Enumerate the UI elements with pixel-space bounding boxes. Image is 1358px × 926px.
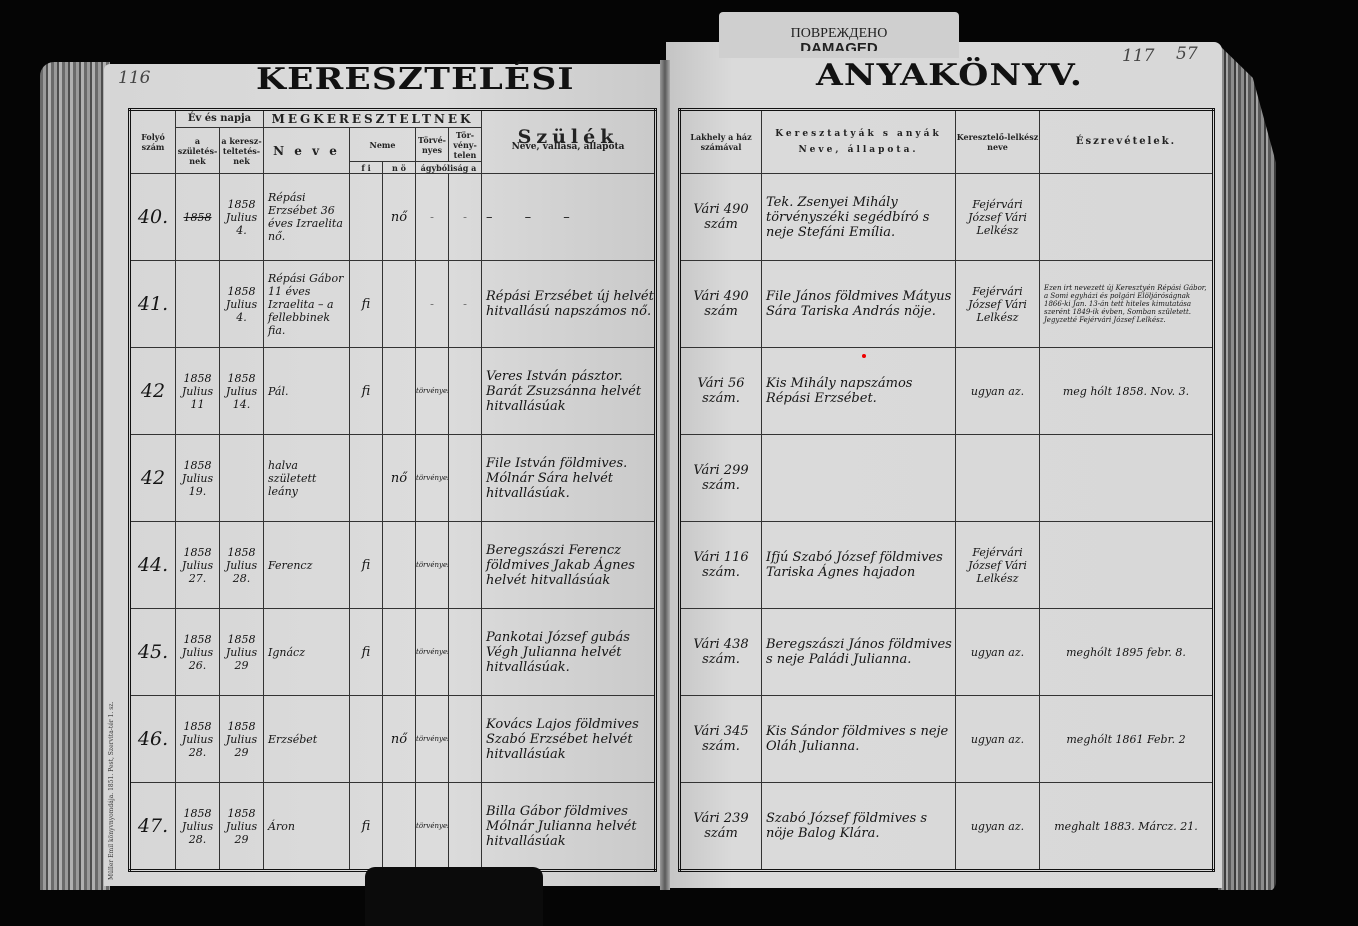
- header-torvenyes: Törvé-nyes: [416, 128, 449, 162]
- illegitimate-cell: [449, 696, 482, 783]
- residence-cell: Vári 239 szám: [680, 783, 762, 871]
- godparents-cell: [762, 435, 956, 522]
- priest-cell: Fejérvári József Vári Lelkész: [956, 261, 1040, 348]
- row-number-cell: 44.: [130, 522, 176, 609]
- header-eszrevetelek: Észrevételek.: [1040, 110, 1214, 174]
- red-mark: [862, 354, 866, 358]
- table-row: 47.1858 Julius 28.1858 Julius 29Áronfitö…: [130, 783, 656, 871]
- header-szulek-title: Szülék: [482, 132, 654, 142]
- notes-cell: [1040, 522, 1214, 609]
- book-page-edges-left: [40, 62, 110, 900]
- sex-female-cell: nő: [383, 696, 416, 783]
- left-page-number: 116: [118, 68, 150, 88]
- parents-cell: Beregszászi Ferencz földmives Jakab Ágne…: [482, 522, 656, 609]
- left-page-title: KERESZTELÉSI: [256, 62, 575, 97]
- row-number-cell: 45.: [130, 609, 176, 696]
- child-name-cell: Ignácz: [264, 609, 350, 696]
- book-page-edges-right: [1218, 44, 1276, 892]
- header-szulek-sub: Neve, vallása, állapota: [482, 142, 654, 152]
- table-row: Vári 299 szám.: [680, 435, 1214, 522]
- parents-cell: – – –: [482, 174, 656, 261]
- parents-cell: File István földmives. Mólnár Sára helvé…: [482, 435, 656, 522]
- birth-date-cell: 1858 Julius 28.: [176, 696, 220, 783]
- sex-female-cell: nő: [383, 435, 416, 522]
- header-nemo: Neme: [350, 128, 416, 162]
- godparents-cell: Tek. Zsenyei Mihály törvényszéki segédbí…: [762, 174, 956, 261]
- godparents-cell: File János földmives Mátyus Sára Tariska…: [762, 261, 956, 348]
- damaged-stamp-en: DAMAGED: [719, 40, 959, 51]
- header-megkereszteltnek: MEGKERESZTELTNEK: [264, 110, 482, 128]
- baptism-date-cell: 1858 Julius 28.: [220, 522, 264, 609]
- baptism-register-right-table: Lakhely a ház számával Keresztatyák s an…: [678, 108, 1215, 872]
- child-name-cell: Répási Erzsébet 36 éves Izraelita nő.: [264, 174, 350, 261]
- baptism-date-cell: 1858 Julius 14.: [220, 348, 264, 435]
- birth-date-cell: 1858 Julius 11: [176, 348, 220, 435]
- godparents-cell: Kis Mihály napszámos Répási Erzsébet.: [762, 348, 956, 435]
- header-keresztszulok-sub: Neve, állapota.: [762, 145, 955, 155]
- residence-cell: Vári 438 szám.: [680, 609, 762, 696]
- book-gutter: [660, 60, 670, 890]
- parents-cell: Veres István pásztor. Barát Zsuzsánna he…: [482, 348, 656, 435]
- legitimate-cell: törvényes: [416, 696, 449, 783]
- baptism-date-cell: [220, 435, 264, 522]
- notes-cell: meghólt 1895 febr. 8.: [1040, 609, 1214, 696]
- sex-female-cell: [383, 783, 416, 871]
- residence-cell: Vári 345 szám.: [680, 696, 762, 783]
- baptism-register-left-table: Folyó szám Év és napja MEGKERESZTELTNEK …: [128, 108, 657, 872]
- sex-male-cell: [350, 435, 383, 522]
- table-row: 40.18581858 Julius 4.Répási Erzsébet 36 …: [130, 174, 656, 261]
- sex-male-cell: fi: [350, 261, 383, 348]
- header-agybolisaga: ágybóliság a: [416, 162, 482, 174]
- priest-cell: ugyan az.: [956, 348, 1040, 435]
- residence-cell: Vári 116 szám.: [680, 522, 762, 609]
- table-row: 46.1858 Julius 28.1858 Julius 29Erzsébet…: [130, 696, 656, 783]
- header-keresztszulok: Keresztatyák s anyák Neve, állapota.: [762, 110, 956, 174]
- legitimate-cell: törvényes: [416, 783, 449, 871]
- sex-female-cell: [383, 522, 416, 609]
- birth-date-cell: 1858 Julius 19.: [176, 435, 220, 522]
- right-page-number-alt: 57: [1176, 44, 1198, 64]
- legitimate-cell: törvényes: [416, 609, 449, 696]
- header-szuletesnek: a születés-nek: [176, 128, 220, 174]
- row-number-cell: 46.: [130, 696, 176, 783]
- table-row: Vári 116 szám.Ifjú Szabó József földmive…: [680, 522, 1214, 609]
- child-name-cell: Pál.: [264, 348, 350, 435]
- printer-note: Müller Emil könyvnyomdája. 1851. Pest, S…: [108, 702, 115, 880]
- sex-male-cell: fi: [350, 609, 383, 696]
- table-row: Vári 490 számTek. Zsenyei Mihály törvény…: [680, 174, 1214, 261]
- baptism-date-cell: 1858 Julius 4.: [220, 261, 264, 348]
- illegitimate-cell: –: [449, 174, 482, 261]
- priest-cell: Fejérvári József Vári Lelkész: [956, 174, 1040, 261]
- row-number-cell: 40.: [130, 174, 176, 261]
- priest-cell: ugyan az.: [956, 783, 1040, 871]
- row-number-cell: 47.: [130, 783, 176, 871]
- row-number-cell: 42: [130, 435, 176, 522]
- legitimate-cell: –: [416, 174, 449, 261]
- baptism-date-cell: 1858 Julius 4.: [220, 174, 264, 261]
- legitimate-cell: –: [416, 261, 449, 348]
- birth-date-cell: 1858: [176, 174, 220, 261]
- header-no: n ö: [383, 162, 416, 174]
- residence-cell: Vári 56 szám.: [680, 348, 762, 435]
- residence-cell: Vári 490 szám: [680, 261, 762, 348]
- notes-cell: meg hólt 1858. Nov. 3.: [1040, 348, 1214, 435]
- table-row: Vári 438 szám.Beregszászi János földmive…: [680, 609, 1214, 696]
- header-lakhely: Lakhely a ház számával: [680, 110, 762, 174]
- child-name-cell: Áron: [264, 783, 350, 871]
- table-row: 45.1858 Julius 26.1858 Julius 29Ignáczfi…: [130, 609, 656, 696]
- parents-cell: Pankotai József gubás Végh Julianna helv…: [482, 609, 656, 696]
- sex-male-cell: [350, 696, 383, 783]
- header-szulek: Szülék Neve, vallása, állapota: [482, 110, 656, 174]
- table-row: Vári 490 számFile János földmives Mátyus…: [680, 261, 1214, 348]
- table-row: Vári 345 szám.Kis Sándor földmives s nej…: [680, 696, 1214, 783]
- illegitimate-cell: [449, 783, 482, 871]
- illegitimate-cell: –: [449, 261, 482, 348]
- sex-male-cell: [350, 174, 383, 261]
- table-row: 421858 Julius 19.halva született leánynő…: [130, 435, 656, 522]
- sex-male-cell: fi: [350, 522, 383, 609]
- notes-cell: Ezen irt nevezett új Keresztyén Répási G…: [1040, 261, 1214, 348]
- notes-cell: meghalt 1883. Márcz. 21.: [1040, 783, 1214, 871]
- damaged-stamp: ПОВРЕЖДЕНО DAMAGED: [719, 12, 959, 58]
- priest-cell: ugyan az.: [956, 696, 1040, 783]
- godparents-cell: Kis Sándor földmives s neje Oláh Juliann…: [762, 696, 956, 783]
- thumb-clip: [365, 867, 543, 926]
- parents-cell: Kovács Lajos földmives Szabó Erzsébet he…: [482, 696, 656, 783]
- header-lelkesz: Keresztelő-lelkész neve: [956, 110, 1040, 174]
- illegitimate-cell: [449, 348, 482, 435]
- right-page-title: ANYAKÖNYV.: [816, 58, 1083, 93]
- birth-date-cell: 1858 Julius 26.: [176, 609, 220, 696]
- sex-male-cell: fi: [350, 348, 383, 435]
- birth-date-cell: [176, 261, 220, 348]
- table-row: Vári 239 számSzabó József földmives s nö…: [680, 783, 1214, 871]
- residence-cell: Vári 490 szám: [680, 174, 762, 261]
- baptism-date-cell: 1858 Julius 29: [220, 696, 264, 783]
- legitimate-cell: törvényes: [416, 348, 449, 435]
- priest-cell: ugyan az.: [956, 609, 1040, 696]
- notes-cell: meghólt 1861 Febr. 2: [1040, 696, 1214, 783]
- row-number-cell: 42: [130, 348, 176, 435]
- header-torvenytelen: Tör-vény-telen: [449, 128, 482, 162]
- illegitimate-cell: [449, 522, 482, 609]
- birth-date-cell: 1858 Julius 27.: [176, 522, 220, 609]
- header-ev-es-napja: Év és napja: [176, 110, 264, 128]
- sex-female-cell: nő: [383, 174, 416, 261]
- header-keresztszulok-title: Keresztatyák s anyák: [762, 129, 955, 139]
- priest-cell: [956, 435, 1040, 522]
- table-row: 44.1858 Julius 27.1858 Julius 28.Ferencz…: [130, 522, 656, 609]
- child-name-cell: Erzsébet: [264, 696, 350, 783]
- parents-cell: Billa Gábor földmives Mólnár Julianna he…: [482, 783, 656, 871]
- table-row: 41.1858 Julius 4.Répási Gábor 11 éves Iz…: [130, 261, 656, 348]
- parents-cell: Répási Erzsébet új helvét hitvallású nap…: [482, 261, 656, 348]
- legitimate-cell: törvényes: [416, 522, 449, 609]
- child-name-cell: Répási Gábor 11 éves Izraelita – a felle…: [264, 261, 350, 348]
- baptism-date-cell: 1858 Julius 29: [220, 783, 264, 871]
- legitimate-cell: törvényes.: [416, 435, 449, 522]
- table-row: Vári 56 szám.Kis Mihály napszámos Répási…: [680, 348, 1214, 435]
- notes-cell: [1040, 174, 1214, 261]
- godparents-cell: Ifjú Szabó József földmives Tariska Ágne…: [762, 522, 956, 609]
- right-page-number: 117: [1122, 46, 1154, 66]
- residence-cell: Vári 299 szám.: [680, 435, 762, 522]
- header-folyo-szam: Folyó szám: [130, 110, 176, 174]
- bottom-shadow: [0, 890, 1358, 926]
- row-number-cell: 41.: [130, 261, 176, 348]
- sex-female-cell: [383, 609, 416, 696]
- sex-female-cell: [383, 348, 416, 435]
- godparents-cell: Szabó József földmives s nöje Balog Klár…: [762, 783, 956, 871]
- child-name-cell: halva született leány: [264, 435, 350, 522]
- sex-male-cell: fi: [350, 783, 383, 871]
- notes-cell: [1040, 435, 1214, 522]
- sex-female-cell: [383, 261, 416, 348]
- header-fi: f i: [350, 162, 383, 174]
- header-neve: N e v e: [264, 128, 350, 174]
- birth-date-cell: 1858 Julius 28.: [176, 783, 220, 871]
- baptism-date-cell: 1858 Julius 29: [220, 609, 264, 696]
- table-row: 421858 Julius 111858 Julius 14.Pál.fitör…: [130, 348, 656, 435]
- header-kereszteltetesnek: a keresz-teltetés-nek: [220, 128, 264, 174]
- child-name-cell: Ferencz: [264, 522, 350, 609]
- illegitimate-cell: [449, 609, 482, 696]
- priest-cell: Fejérvári József Vári Lelkész: [956, 522, 1040, 609]
- godparents-cell: Beregszászi János földmives s neje Palád…: [762, 609, 956, 696]
- illegitimate-cell: [449, 435, 482, 522]
